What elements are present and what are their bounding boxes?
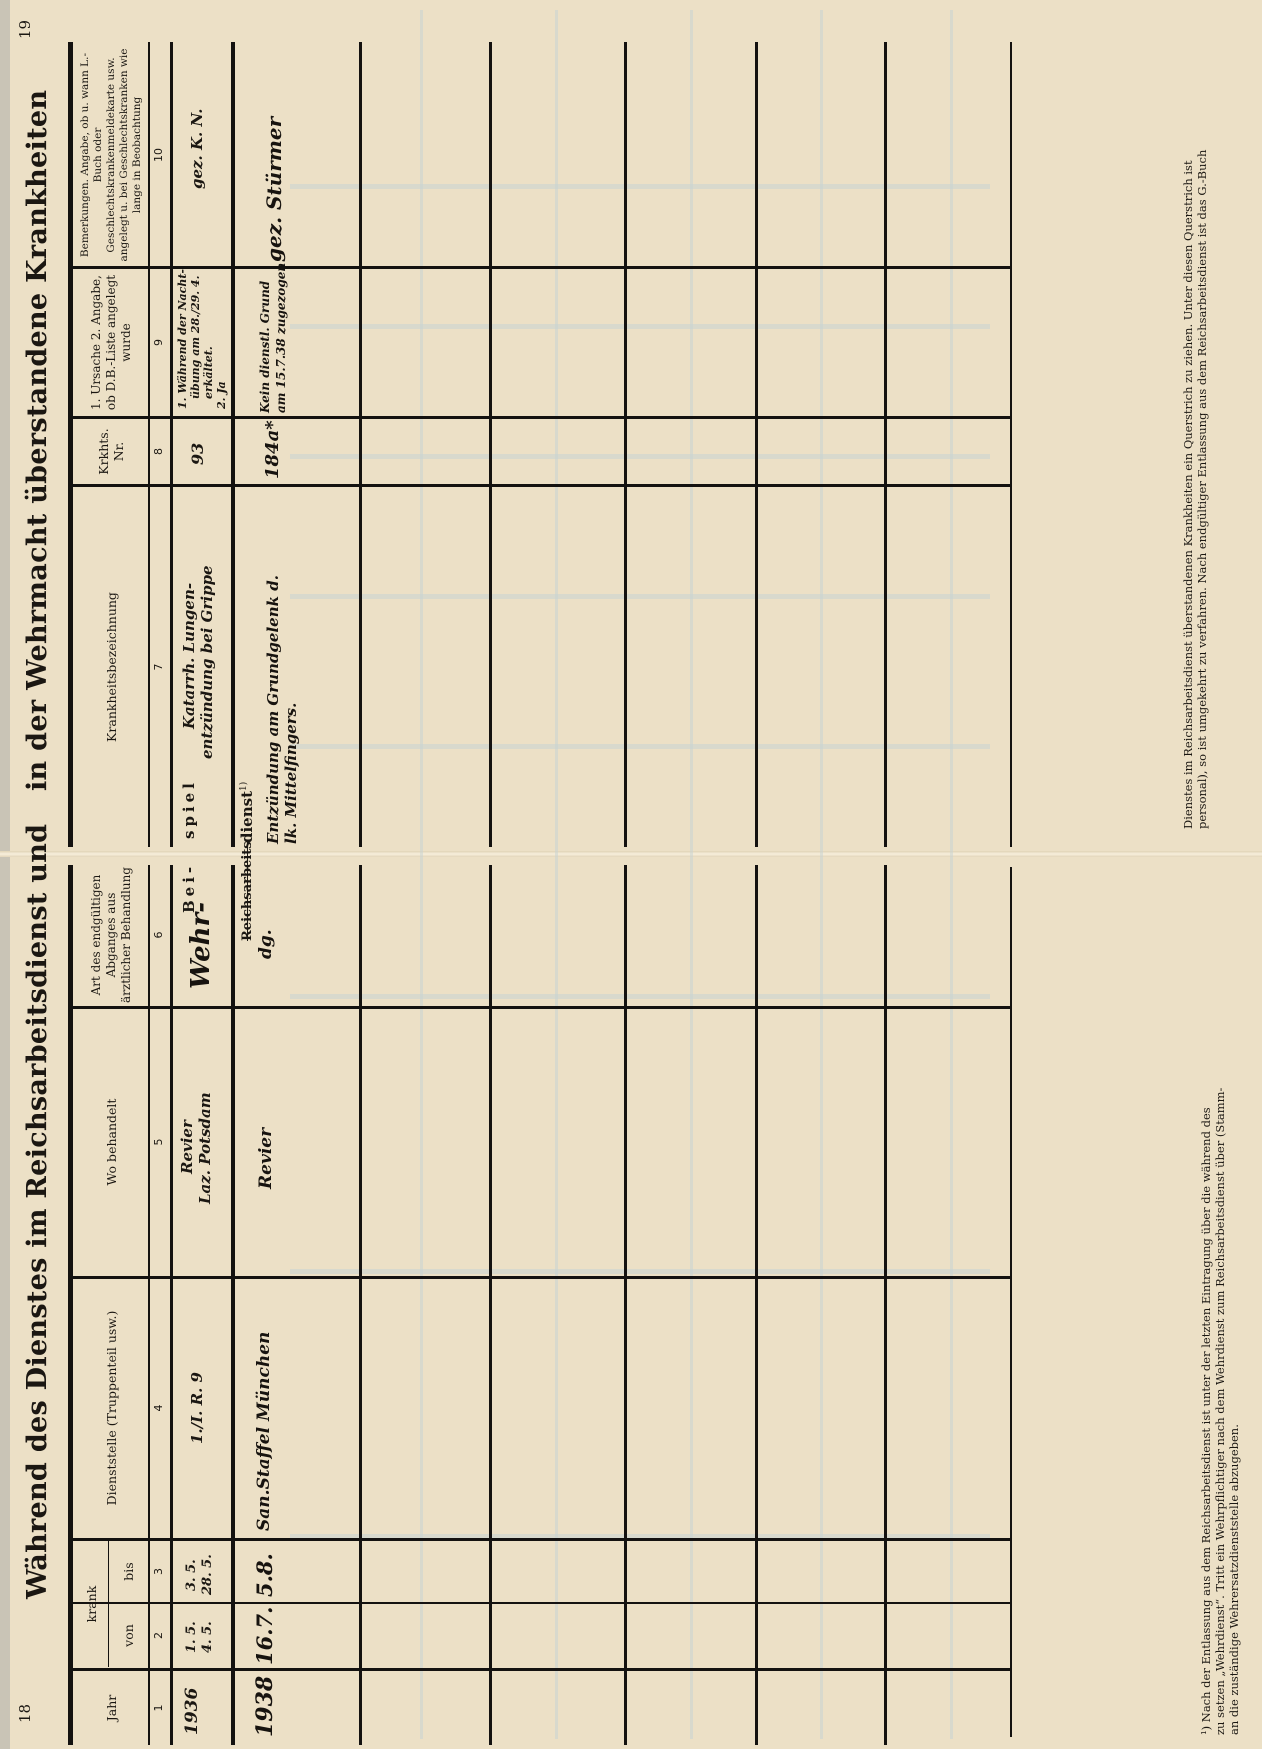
entry-jahr: 1938 <box>252 1676 278 1737</box>
row-rule <box>489 42 492 847</box>
grid-line <box>950 10 953 1739</box>
section-label-dienst-text: dienst <box>238 791 256 843</box>
example-jahr: 1936 <box>185 1688 200 1735</box>
example-ursache-1: 1. Während der Nacht- <box>176 269 189 409</box>
row-rule <box>884 42 887 847</box>
row-rule <box>755 865 758 1745</box>
example-krankheit-2: entzündung bei Grippe <box>200 565 215 759</box>
example-krankheit-1: Katarrh. Lungen- <box>182 583 197 729</box>
col-header-art: Art des endgültigen Abganges aus ärztlic… <box>74 865 148 1005</box>
example-ursache-3: erkältet. <box>202 346 215 399</box>
entry-dienststelle: San.Staffel München <box>254 1332 274 1531</box>
entry-ursache-1: Kein dienstl. Grund <box>258 281 272 413</box>
col-header-dienststelle: Dienststelle (Truppenteil usw.) <box>74 1279 148 1537</box>
footnote-left-line2: zu setzen „Wehrdienst“. Tritt ein Wehrpf… <box>1214 1088 1227 1735</box>
row-rule <box>624 42 627 847</box>
footnote-marker: 1) <box>239 782 249 791</box>
example-art-handwritten: Wehr- <box>186 902 216 989</box>
col-header-krank: krank <box>76 1541 106 1667</box>
row-rule <box>359 42 362 847</box>
page-number-right: 19 <box>16 20 34 39</box>
section-label-reichsarbeits: Reichsarbeits <box>240 841 255 941</box>
col-number: 10 <box>152 44 165 266</box>
col-header-wo-behandelt: Wo behandelt <box>74 1009 148 1275</box>
entry-von: 16.7. <box>252 1607 277 1665</box>
example-bis-2: 28. 5. <box>200 1554 215 1595</box>
title-left: Während des Dienstes im Reichsarbeitsdie… <box>22 824 53 1599</box>
col-rule <box>70 1602 1010 1604</box>
section-label-dienst: dienst1) <box>238 782 256 843</box>
col-header-von: von <box>110 1604 146 1667</box>
footnote-right-line2: personal), so ist umgekehrt zu verfahren… <box>1196 150 1209 829</box>
col-rule <box>70 1668 1010 1671</box>
col-rule <box>70 484 1010 487</box>
entry-wo-behandelt: Revier <box>256 1128 276 1189</box>
entry-ursache-2: am 15.7.38 zugezogen <box>274 263 288 413</box>
footnote-left-line3: an die zuständige Wehrersatzdienststelle… <box>1228 1424 1241 1735</box>
scan-edge <box>0 0 10 1749</box>
section-label-spiel: spiel <box>180 779 198 839</box>
entry-bemerkungen: gez. Stürmer <box>262 117 286 262</box>
example-dienststelle: 1./I. R. 9 <box>190 1372 205 1444</box>
page-fold <box>0 851 1262 857</box>
table-top-rule <box>68 42 73 847</box>
number-row-rule <box>170 42 173 847</box>
grid-line <box>420 10 423 1739</box>
col-number: 5 <box>152 1009 165 1275</box>
entry-bis: 5.8. <box>252 1553 277 1597</box>
example-ursache-4: 2. Ja <box>215 381 228 409</box>
col-header-krkhts-nr: Krkhts. Nr. <box>74 419 148 484</box>
col-number: 1 <box>152 1671 165 1745</box>
table-bottom-rule <box>1010 867 1012 1737</box>
table-top-rule <box>68 865 73 1745</box>
grid-line <box>820 10 823 1739</box>
example-wo-1: Revier <box>180 1120 195 1174</box>
example-wo-2: Laz. Potsdam <box>198 1092 213 1204</box>
example-rule <box>231 42 235 847</box>
example-bis-1: 3. 5. <box>184 1559 199 1591</box>
example-krkhts-nr: 93 <box>190 443 205 465</box>
col-rule <box>70 266 1010 269</box>
col-number: 6 <box>152 865 165 1005</box>
grid-line <box>690 10 693 1739</box>
col-rule <box>70 1006 1010 1009</box>
section-label-bei: Bei- <box>180 863 198 913</box>
col-header-jahr: Jahr <box>74 1671 148 1745</box>
entry-krankheit-1: Entzündung am Grundgelenk d. <box>264 575 282 844</box>
col-header-krankheit: Krankheitsbezeichnung <box>74 487 148 847</box>
col-number: 8 <box>152 419 165 484</box>
col-rule <box>70 1538 1010 1541</box>
footnote-left-line1: ¹) Nach der Entlassung aus dem Reichsarb… <box>1200 1107 1213 1735</box>
row-rule <box>755 42 758 847</box>
example-rule <box>231 865 235 1745</box>
row-rule <box>624 865 627 1745</box>
example-ursache-2: übung am 28./29. 4. <box>189 276 202 399</box>
example-von-2: 4. 5. <box>200 1621 215 1653</box>
col-number: 9 <box>152 269 165 416</box>
col-header-bis: bis <box>110 1541 146 1602</box>
col-rule <box>70 416 1010 419</box>
col-rule <box>70 1276 1010 1279</box>
krank-subrule <box>108 1540 109 1667</box>
footnote-right-line1: Dienstes im Reichsarbeitsdienst überstan… <box>1182 160 1195 829</box>
header-rule <box>148 42 150 847</box>
col-number: 3 <box>152 1541 165 1602</box>
page-number-left: 18 <box>16 1704 34 1723</box>
header-rule <box>148 865 150 1745</box>
row-rule <box>489 865 492 1745</box>
table-bottom-rule <box>1010 42 1012 847</box>
entry-krankheit-2: lk. Mittelfingers. <box>282 703 300 844</box>
title-right: in der Wehrmacht überstandene Krankheite… <box>22 90 53 791</box>
col-number: 7 <box>152 487 165 847</box>
grid-line <box>555 10 558 1739</box>
example-von-1: 1. 5. <box>184 1621 199 1653</box>
entry-art: dg. <box>256 929 276 959</box>
example-bemerkungen: gez. K. N. <box>190 109 205 189</box>
col-header-ursache: 1. Ursache 2. Angabe, ob D.B.-Liste ange… <box>74 269 148 416</box>
row-rule <box>359 865 362 1745</box>
document-spread: 18 19 Während des Dienstes im Reichsarbe… <box>0 0 1262 1749</box>
col-number: 4 <box>152 1279 165 1537</box>
col-number: 2 <box>152 1604 165 1667</box>
col-header-bemerkungen: Bemerkungen. Angabe, ob u. wann L.-Buch … <box>74 44 148 266</box>
row-rule <box>884 865 887 1745</box>
number-row-rule <box>170 865 173 1745</box>
entry-krkhts-nr: 184a* <box>262 420 283 479</box>
